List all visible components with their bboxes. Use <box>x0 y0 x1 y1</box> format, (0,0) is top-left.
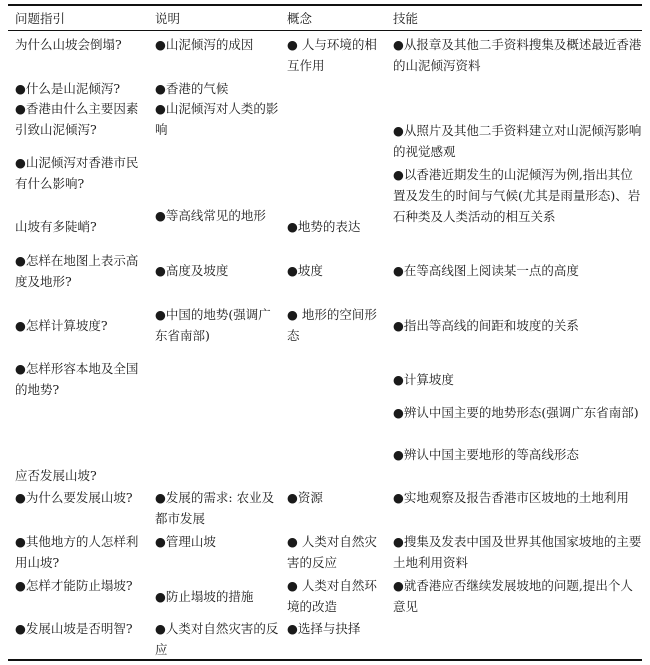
question-cell: ●怎样计算坡度? <box>15 315 147 336</box>
header-skills: 技能 <box>393 8 643 29</box>
table-top-rule <box>8 4 642 6</box>
question-cell: 为什么山坡会倒塌? <box>15 34 147 55</box>
explanation-cell: ●人类对自然灾害的反应 <box>155 618 280 660</box>
explanation-cell: ●管理山坡 <box>155 531 280 552</box>
skill-cell: ●辨认中国主要地形的等高线形态 <box>393 444 643 465</box>
skill-cell: ●搜集及发表中国及世界其他国家坡地的主要土地利用资料 <box>393 531 643 573</box>
question-cell: ●什么是山泥倾泻? <box>15 78 147 99</box>
concept-cell: ●地势的表达 <box>287 216 383 237</box>
explanation-cell: ●防止塌坡的措施 <box>155 586 280 607</box>
explanation-cell: ●山泥倾泻的成因 <box>155 34 280 55</box>
question-cell: ●其他地方的人怎样利用山坡? <box>15 531 147 573</box>
explanation-cell: ●发展的需求: 农业及都市发展 <box>155 487 280 529</box>
explanation-cell: ●香港的气候 <box>155 78 280 99</box>
concept-cell: ● 人类对自然环境的改造 <box>287 575 383 617</box>
skill-cell: ●计算坡度 <box>393 369 643 390</box>
question-cell: ●为什么要发展山坡? <box>15 487 147 508</box>
explanation-cell: ●山泥倾泻对人类的影响 <box>155 98 280 140</box>
question-cell: ●怎样形容本地及全国的地势? <box>15 358 147 400</box>
question-cell: 应否发展山坡? <box>15 465 147 486</box>
explanation-cell: ●高度及坡度 <box>155 260 280 281</box>
question-cell: ●香港由什么主要因素引致山泥倾泻? <box>15 98 147 140</box>
table-header-rule <box>8 30 642 31</box>
question-cell: ●发展山坡是否明智? <box>15 618 147 639</box>
header-guiding-questions: 问题指引 <box>15 8 147 29</box>
skill-cell: ●就香港应否继续发展坡地的问题,提出个人意见 <box>393 575 643 617</box>
skill-cell: ●在等高线图上阅读某一点的高度 <box>393 260 643 281</box>
explanation-cell: ●中国的地势(强调广东省南部) <box>155 304 280 346</box>
skill-cell: ●从报章及其他二手资料搜集及概述最近香港的山泥倾泻资料 <box>393 34 643 76</box>
concept-cell: ● 人类对自然灾害的反应 <box>287 531 383 573</box>
question-cell: ●怎样在地图上表示高度及地形? <box>15 250 147 292</box>
concept-cell: ●选择与抉择 <box>287 618 383 639</box>
concept-cell: ● 地形的空间形态 <box>287 304 383 346</box>
skill-cell: ●以香港近期发生的山泥倾泻为例,指出其位置及发生的时间与气候(尤其是雨量形态)、… <box>393 164 643 227</box>
question-cell: ●山泥倾泻对香港市民有什么影响? <box>15 152 147 194</box>
question-cell: ●怎样才能防止塌坡? <box>15 575 147 596</box>
header-explanation: 说明 <box>155 8 280 29</box>
skill-cell: ●辨认中国主要的地势形态(强调广东省南部) <box>393 402 643 423</box>
skill-cell: ●指出等高线的间距和坡度的关系 <box>393 315 643 336</box>
header-concepts: 概念 <box>287 8 383 29</box>
skill-cell: ●实地观察及报告香港市区坡地的土地利用 <box>393 487 643 508</box>
table-bottom-rule <box>8 659 642 661</box>
concept-cell: ●资源 <box>287 487 383 508</box>
question-cell: 山坡有多陡峭? <box>15 216 147 237</box>
concept-cell: ● 人与环境的相互作用 <box>287 34 383 76</box>
skill-cell: ●从照片及其他二手资料建立对山泥倾泻影响的视觉感观 <box>393 120 643 162</box>
concept-cell: ●坡度 <box>287 260 383 281</box>
explanation-cell: ●等高线常见的地形 <box>155 205 280 226</box>
